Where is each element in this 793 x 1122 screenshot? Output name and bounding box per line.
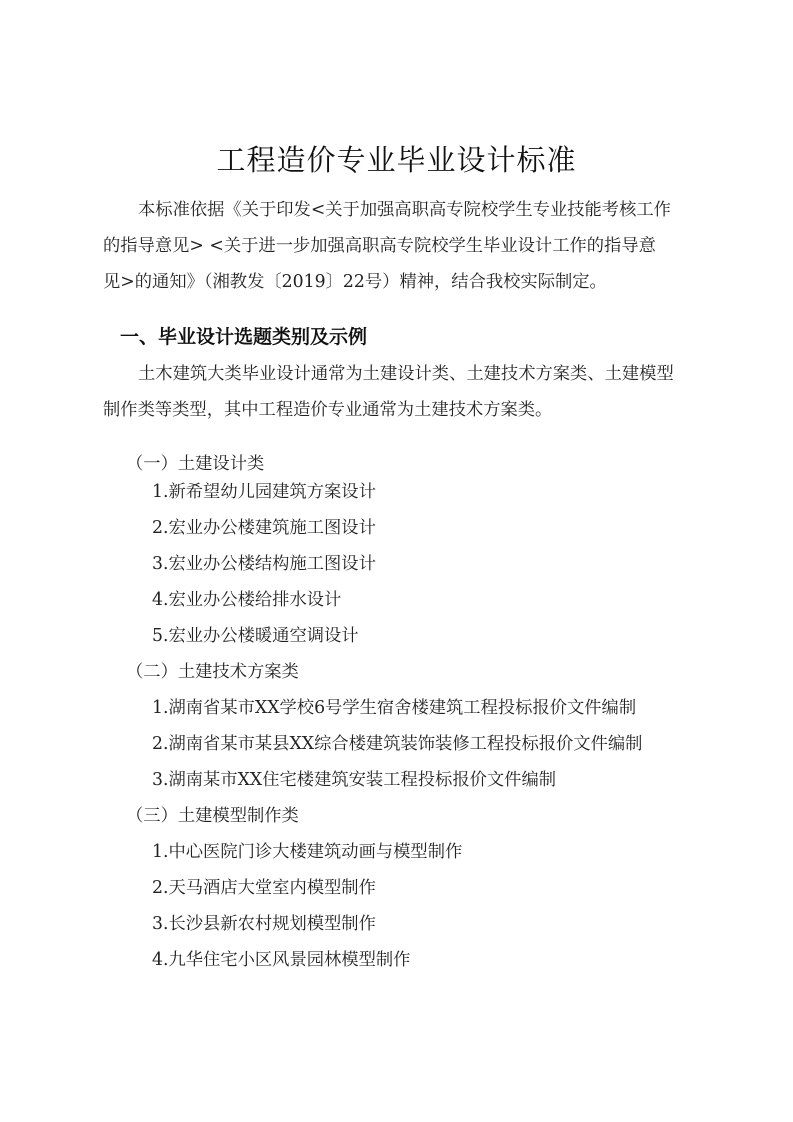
list-item: 4.九华住宅小区风景园林模型制作 xyxy=(152,945,410,970)
list-item: 3.长沙县新农村规划模型制作 xyxy=(152,909,376,934)
category-heading: （一）土建设计类 xyxy=(126,449,264,474)
list-item: 2.湖南省某市某县XX综合楼建筑装饰装修工程投标报价文件编制 xyxy=(152,729,642,754)
document-page: 工程造价专业毕业设计标准 本标准依据《关于印发<关于加强高职高专院校学生专业技能… xyxy=(0,0,793,1122)
list-item: 4.宏业办公楼给排水设计 xyxy=(152,585,341,610)
section-para-line-1: 土木建筑大类毕业设计通常为土建设计类、土建技术方案类、土建模型 xyxy=(103,356,703,392)
section-paragraph: 土木建筑大类毕业设计通常为土建设计类、土建技术方案类、土建模型 制作类等类型，其… xyxy=(103,356,703,428)
list-item: 1.湖南省某市XX学校6号学生宿舍楼建筑工程投标报价文件编制 xyxy=(152,693,636,718)
list-item: 5.宏业办公楼暖通空调设计 xyxy=(152,621,359,646)
list-item: 3.湖南某市XX住宅楼建筑安装工程投标报价文件编制 xyxy=(152,765,556,790)
section-para-line-2: 制作类等类型，其中工程造价专业通常为土建技术方案类。 xyxy=(103,392,703,428)
list-item: 1.中心医院门诊大楼建筑动画与模型制作 xyxy=(152,837,462,862)
list-item: 2.宏业办公楼建筑施工图设计 xyxy=(152,513,376,538)
intro-line-1: 本标准依据《关于印发<关于加强高职高专院校学生专业技能考核工作 xyxy=(103,192,703,228)
list-item: 2.天马酒店大堂室内模型制作 xyxy=(152,873,376,898)
list-item: 3.宏业办公楼结构施工图设计 xyxy=(152,549,376,574)
document-title: 工程造价专业毕业设计标准 xyxy=(0,138,793,179)
category-heading: （三）土建模型制作类 xyxy=(126,801,299,826)
list-item: 1.新希望幼儿园建筑方案设计 xyxy=(152,477,376,502)
intro-line-2: 的指导意见> <关于进一步加强高职高专院校学生毕业设计工作的指导意 xyxy=(103,228,703,264)
intro-paragraph: 本标准依据《关于印发<关于加强高职高专院校学生专业技能考核工作 的指导意见> <… xyxy=(103,192,703,300)
section-heading: 一、毕业设计选题类别及示例 xyxy=(120,322,367,349)
category-heading: （二）土建技术方案类 xyxy=(126,657,299,682)
intro-line-3: 见>的通知》（湘教发〔2019〕22号）精神，结合我校实际制定。 xyxy=(103,264,703,300)
